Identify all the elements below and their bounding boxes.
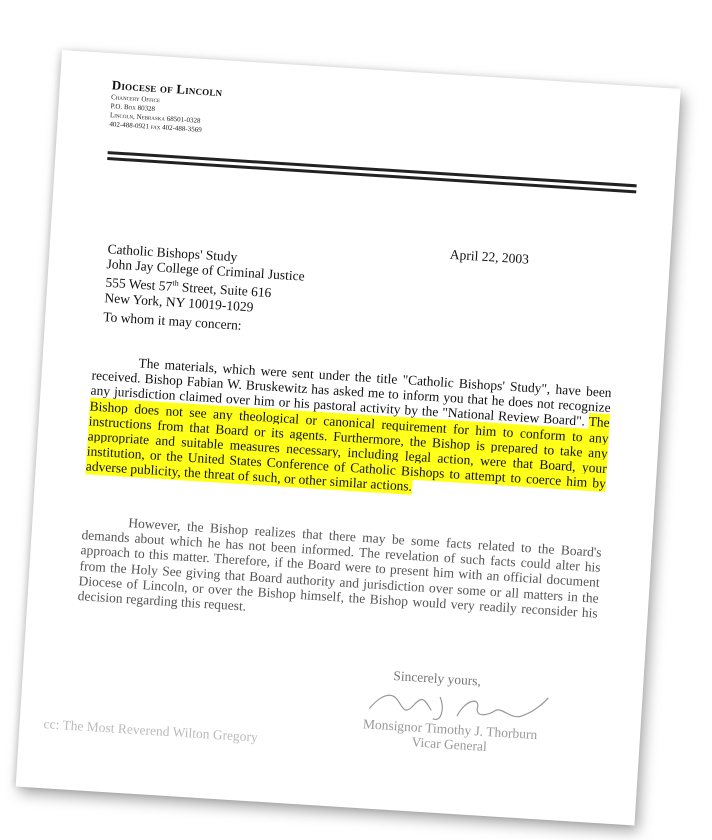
body-paragraph-2: However, the Bishop realizes that there … bbox=[77, 512, 602, 636]
header-rule-top bbox=[108, 151, 637, 187]
paragraph-2-text: However, the Bishop realizes that there … bbox=[77, 515, 602, 620]
letterhead: Diocese of Lincoln Chancery Office P.O. … bbox=[109, 77, 223, 136]
body-paragraph-1: The materials, which were sent under the… bbox=[85, 353, 612, 507]
letter-page: Diocese of Lincoln Chancery Office P.O. … bbox=[16, 50, 681, 825]
recipient-address: Catholic Bishops' Study John Jay College… bbox=[104, 241, 306, 317]
salutation: To whom it may concern: bbox=[103, 309, 242, 334]
header-rule-bottom bbox=[107, 157, 636, 193]
cc-line: cc: The Most Reverend Wilton Gregory bbox=[43, 716, 258, 745]
letter-date: April 22, 2003 bbox=[449, 247, 529, 268]
